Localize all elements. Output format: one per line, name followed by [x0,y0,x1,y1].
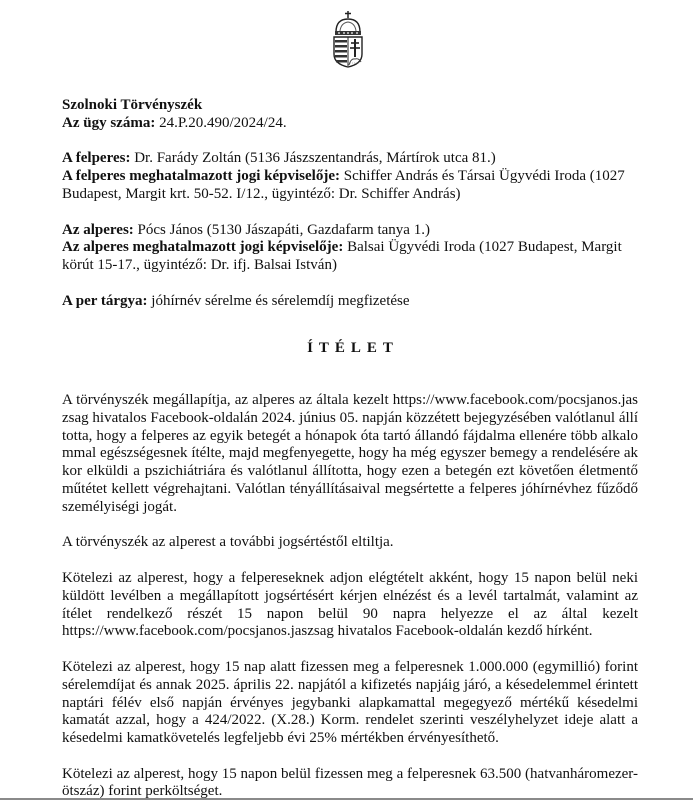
judgment-paragraph-costs: Kötelezi az alperest, hogy 15 napon belü… [62,766,638,800]
defendant: Az alperes: Pócs János (5130 Jászapáti, … [62,222,638,240]
judgment-document: Szolnoki Törvényszék Az ügy száma: 24.P.… [62,97,638,800]
document-page: Szolnoki Törvényszék Az ügy száma: 24.P.… [0,0,693,800]
judgment-paragraph-apology: Kötelezi az alperest, hogy a felperesekn… [62,570,638,641]
case-number: Az ügy száma: 24.P.20.490/2024/24. [62,115,638,133]
judgment-title: ÍTÉLET [62,340,638,358]
plaintiff-representative: A felperes meghatalmazott jogi képviselő… [62,168,638,204]
judgment-paragraph-findings: A törvényszék megállapítja, az alperes a… [62,392,638,517]
court-name: Szolnoki Törvényszék [62,97,638,115]
judgment-paragraph-prohibition: A törvényszék az alperest a további jogs… [62,534,638,552]
defendant-representative: Az alperes meghatalmazott jogi képviselő… [62,239,638,275]
plaintiff: A felperes: Dr. Farády Zoltán (5136 Jász… [62,150,638,168]
hungarian-coat-of-arms-icon [331,10,365,68]
case-subject: A per tárgya: jóhírnév sérelme és sérele… [62,293,638,311]
judgment-paragraph-damages: Kötelezi az alperest, hogy 15 nap alatt … [62,659,638,748]
